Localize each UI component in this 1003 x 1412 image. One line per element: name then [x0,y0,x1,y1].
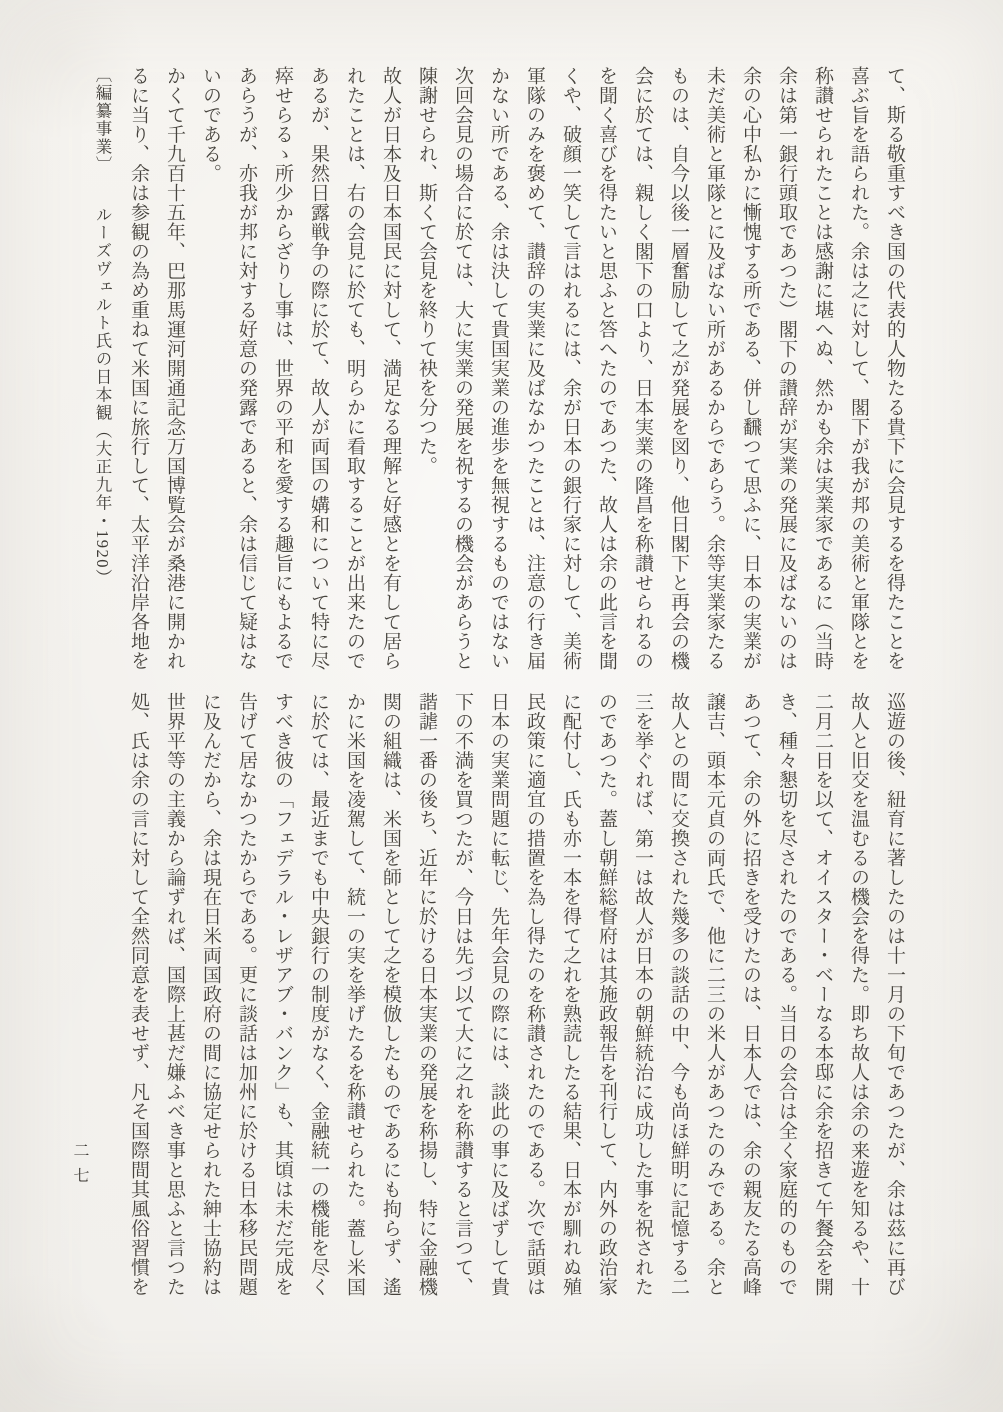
text-line: に配付し、氏も亦一本を得て之れを熟読したる結果、日本が馴れぬ殖 [552,692,588,1332]
text-line: かくて千九百十五年、巴那馬運河開通記念万国博覧会が桑港に開かれ [156,66,192,696]
text-line: いのである。 [192,66,228,696]
text-line: 二月二日を以て、オイスター・ベーなる本邸に余を招きて午餐会を開 [804,692,840,1332]
text-line: 告げて居なかつたからである。更に談話は加州に於ける日本移民問題 [228,692,264,1332]
text-line: のであつた。蓋し朝鮮総督府は其施政報告を刊行して、内外の政治家 [588,692,624,1332]
text-line: に於ては、最近までも中央銀行の制度がなく、金融統一の機能を尽く [300,692,336,1332]
section-label: 〔編纂事業〕 [93,66,112,174]
text-line: れたことは、右の会見に於ても、明らかに看取することが出来たので [336,66,372,696]
top-text-block: て、斯る敬重すべき国の代表的人物たる貴下に会見するを得たことを 喜ぶ旨を語られた… [84,66,912,696]
text-line: 称讃せられたことは感謝に堪へぬ、然かも余は実業家であるに（当時 [804,66,840,696]
text-line: 次回会見の場合に於ては、大に実業の発展を祝するの機会があらうと [444,66,480,696]
text-line: 三を挙ぐれば、第一は故人が日本の朝鮮統治に成功した事を祝された [624,692,660,1332]
page-number: 二七 [68,1142,91,1192]
text-line: 譲吉、頭本元貞の両氏で、他に二三の米人があつたのみである。余と [696,692,732,1332]
bottom-text-block: 巡遊の後、紐育に著したのは十一月の下旬であつたが、余は茲に再び 故人と旧交を温む… [120,692,912,1332]
text-line: 未だ美術と軍隊とに及ばない所があるからであらう。余等実業家たる [696,66,732,696]
text-line: 故人が日本及日本国民に対して、満足なる理解と好感とを有して居ら [372,66,408,696]
text-line: 下の不満を買つたが、今日は先づ以て大に之れを称讃すると言つて、 [444,692,480,1332]
text-line: に及んだから、余は現在日米両国政府の間に協定せられた紳士協約は [192,692,228,1332]
text-line: ものは、自今以後一層奮励して之が発展を図り、他日閣下と再会の機 [660,66,696,696]
text-line: 軍隊のみを褒めて、讃辞の実業に及ばなかつたことは、注意の行き届 [516,66,552,696]
text-line: 処、氏は余の言に対して全然同意を表せず、凡そ国際間其風俗習慣を [120,692,156,1332]
text-line: るに当り、余は参観の為め重ねて米国に旅行して、太平洋沿岸各地を [120,66,156,696]
text-line: 民政策に適宜の措置を為し得たのを称讃されたのである。次で話頭は [516,692,552,1332]
text-line: かない所である、余は決して貴国実業の進歩を無視するものではない [480,66,516,696]
text-line: 喜ぶ旨を語られた。余は之に対して、閣下が我が邦の美術と軍隊とを [840,66,876,696]
text-line: て、斯る敬重すべき国の代表的人物たる貴下に会見するを得たことを [876,66,912,696]
text-line: 会に於ては、親しく閣下の口より、日本実業の隆昌を称讃せられるの [624,66,660,696]
text-line: 故人との間に交換された幾多の談話の中、今も尚ほ鮮明に記憶する二 [660,692,696,1332]
text-line: 陳謝せられ、斯くて会見を終りて袂を分つた。 [408,66,444,696]
text-line: を聞く喜びを得たいと思ふと答へたのであつた、故人は余の此言を聞 [588,66,624,696]
text-line: 関の組織は、米国を師として之を模倣したものであるにも拘らず、遙 [372,692,408,1332]
scanned-book-page: て、斯る敬重すべき国の代表的人物たる貴下に会見するを得たことを 喜ぶ旨を語られた… [0,0,1003,1412]
text-line: 巡遊の後、紐育に著したのは十一月の下旬であつたが、余は茲に再び [876,692,912,1332]
text-line: あらうが、亦我が邦に対する好意の発露であると、余は信じて疑はな [228,66,264,696]
text-line: あつて、余の外に招きを受けたのは、日本人では、余の親友たる高峰 [732,692,768,1332]
text-line: 日本の実業問題に転じ、先年会見の際には、談此の事に及ばずして貴 [480,692,516,1332]
text-line: くや、破顔一笑して言はれるには、余が日本の銀行家に対して、美術 [552,66,588,696]
text-line: あるが、果然日露戦争の際に於て、故人が両国の媾和について特に尽 [300,66,336,696]
text-line: すべき彼の「フェデラル・レザアブ・バンク」も、其頃は未だ完成を [264,692,300,1332]
text-line: 諧謔一番の後ち、近年に於ける日本実業の発展を称揚し、特に金融機 [408,692,444,1332]
article-title: ルーズヴェルト氏の日本観（大正九年・1920） [93,206,112,587]
text-line: 世界平等の主義から論ずれば、国際上甚だ嫌ふべき事と思ふと言つた [156,692,192,1332]
text-line: かに米国を凌駕して、統一の実を挙げたるを称讃せられた。蓋し米国 [336,692,372,1332]
text-line: き、種々懇切を尽されたのである。当日の会合は全く家庭的のもので [768,692,804,1332]
text-line: 余は第一銀行頭取であつた）閣下の讃辞が実業の発展に及ばないのは [768,66,804,696]
text-line: 瘁せらるゝ所少からざりし事は、世界の平和を愛する趣旨にもよるで [264,66,300,696]
text-line: 故人と旧交を温むるの機会を得た。即ち故人は余の来遊を知るや、十 [840,692,876,1332]
text-line: 余の心中私かに慚愧する所である、併し飜つて思ふに、日本の実業が [732,66,768,696]
article-title-column: 〔編纂事業〕 ルーズヴェルト氏の日本観（大正九年・1920） [84,66,120,696]
